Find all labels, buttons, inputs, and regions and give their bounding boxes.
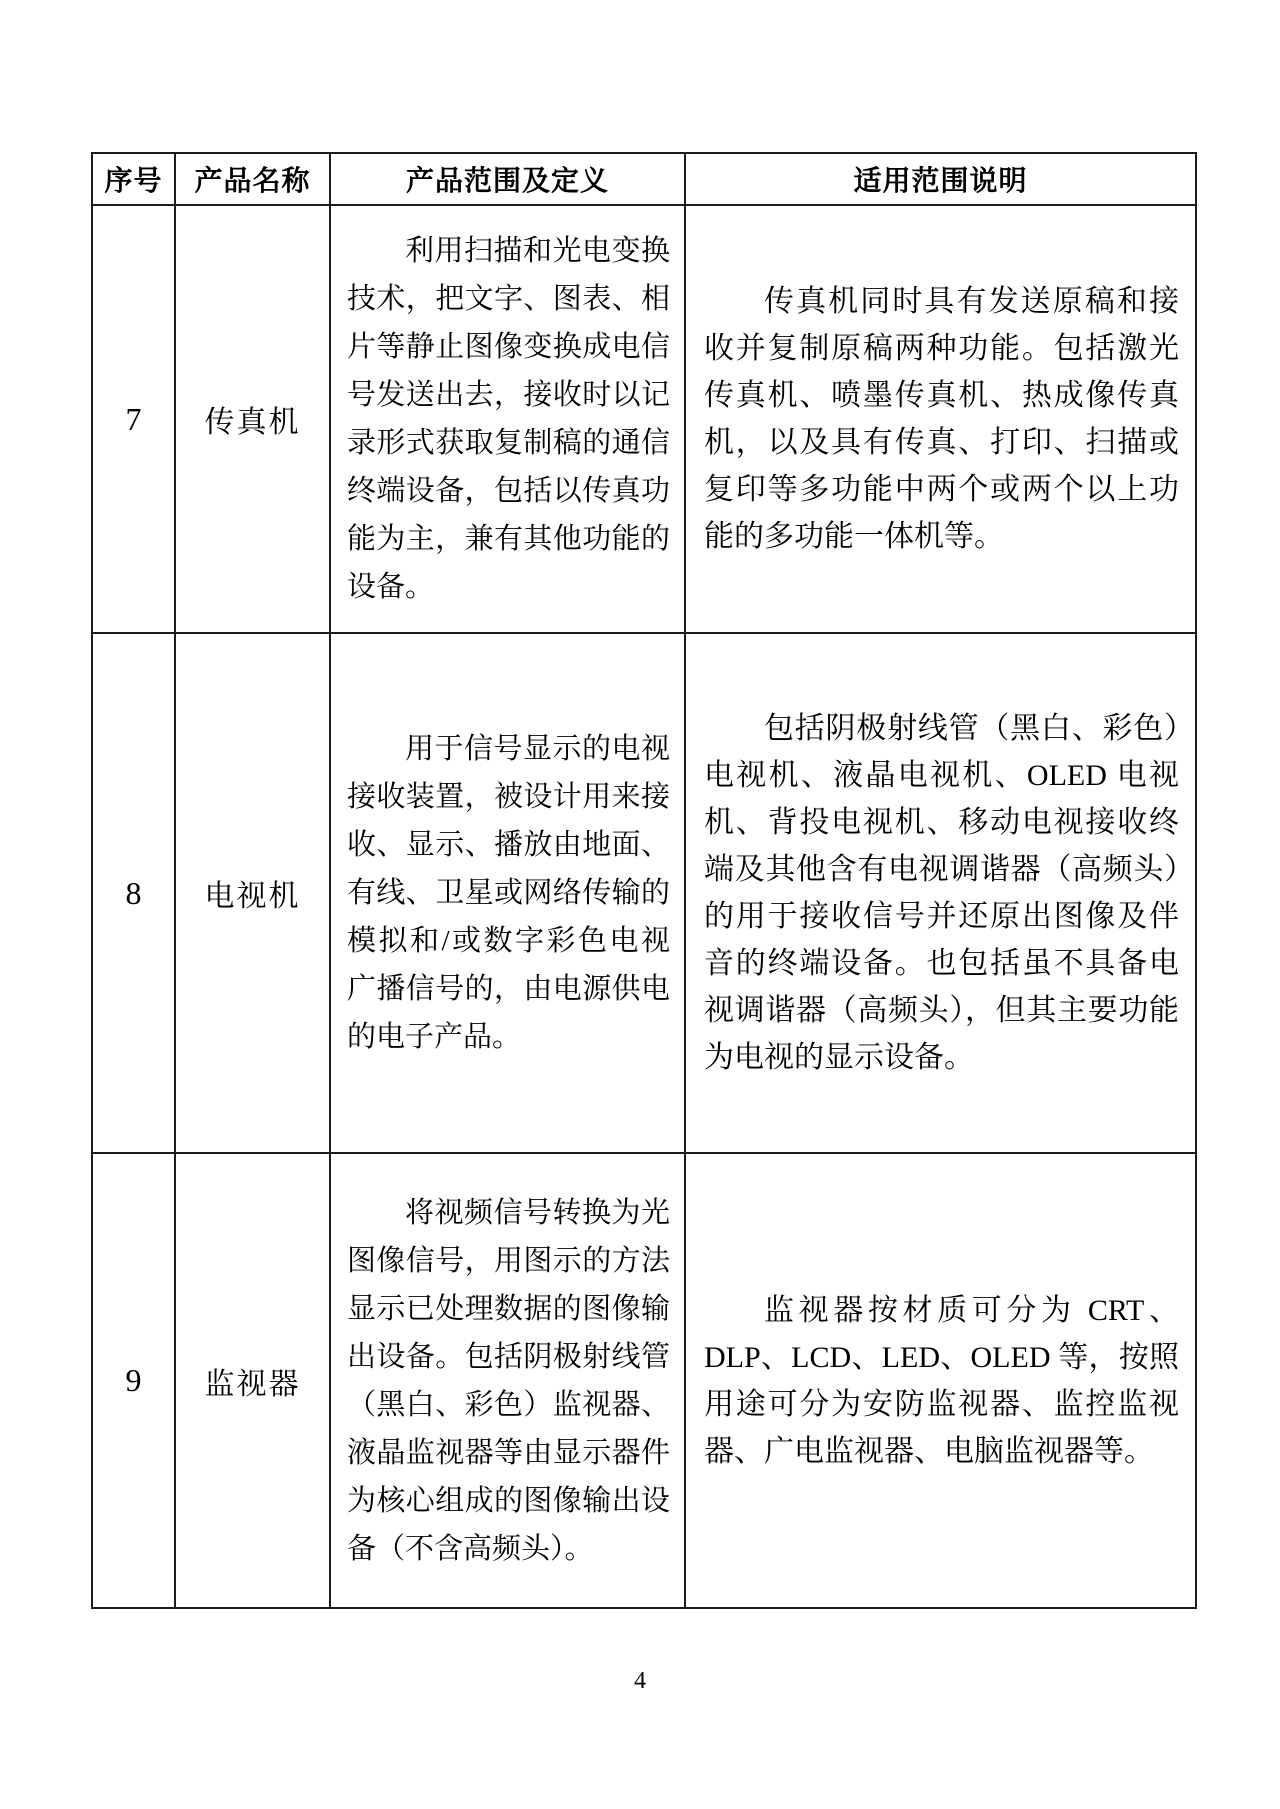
header-cell-name: 产品名称 [175,153,330,205]
product-definition: 利用扫描和光电变换技术，把文字、图表、相片等静止图像变换成电信号发送出去，接收时… [330,205,685,633]
row-number: 7 [92,205,175,633]
product-definition-text: 用于信号显示的电视接收装置，被设计用来接收、显示、播放由地面、有线、卫星或网络传… [347,725,670,1061]
product-name: 传真机 [175,205,330,633]
document-page: 序号 产品名称 产品范围及定义 适用范围说明 7 传真机 利用扫描和光电变换技术… [0,0,1280,1809]
header-cell-scope: 适用范围说明 [685,153,1196,205]
table-header-row: 序号 产品名称 产品范围及定义 适用范围说明 [92,153,1196,205]
product-definition: 将视频信号转换为光图像信号，用图示的方法显示已处理数据的图像输出设备。包括阴极射… [330,1153,685,1608]
product-definition-text: 将视频信号转换为光图像信号，用图示的方法显示已处理数据的图像输出设备。包括阴极射… [347,1189,670,1573]
page-number: 4 [0,1668,1280,1695]
product-definition: 用于信号显示的电视接收装置，被设计用来接收、显示、播放由地面、有线、卫星或网络传… [330,633,685,1153]
product-definition-text: 利用扫描和光电变换技术，把文字、图表、相片等静止图像变换成电信号发送出去，接收时… [347,227,670,611]
table-row: 7 传真机 利用扫描和光电变换技术，把文字、图表、相片等静止图像变换成电信号发送… [92,205,1196,633]
header-cell-definition: 产品范围及定义 [330,153,685,205]
product-scope: 传真机同时具有发送原稿和接收并复制原稿两种功能。包括激光传真机、喷墨传真机、热成… [685,205,1196,633]
product-scope-table: 序号 产品名称 产品范围及定义 适用范围说明 7 传真机 利用扫描和光电变换技术… [91,152,1197,1609]
product-scope: 包括阴极射线管（黑白、彩色）电视机、液晶电视机、OLED 电视机、背投电视机、移… [685,633,1196,1153]
product-scope-text: 包括阴极射线管（黑白、彩色）电视机、液晶电视机、OLED 电视机、背投电视机、移… [704,705,1179,1081]
row-number: 9 [92,1153,175,1608]
row-number: 8 [92,633,175,1153]
product-name: 监视器 [175,1153,330,1608]
product-name: 电视机 [175,633,330,1153]
product-scope-text: 监视器按材质可分为 CRT、DLP、LCD、LED、OLED 等，按照用途可分为… [704,1287,1179,1475]
header-cell-no: 序号 [92,153,175,205]
product-scope-text: 传真机同时具有发送原稿和接收并复制原稿两种功能。包括激光传真机、喷墨传真机、热成… [704,278,1179,560]
table-row: 9 监视器 将视频信号转换为光图像信号，用图示的方法显示已处理数据的图像输出设备… [92,1153,1196,1608]
table-row: 8 电视机 用于信号显示的电视接收装置，被设计用来接收、显示、播放由地面、有线、… [92,633,1196,1153]
product-scope: 监视器按材质可分为 CRT、DLP、LCD、LED、OLED 等，按照用途可分为… [685,1153,1196,1608]
